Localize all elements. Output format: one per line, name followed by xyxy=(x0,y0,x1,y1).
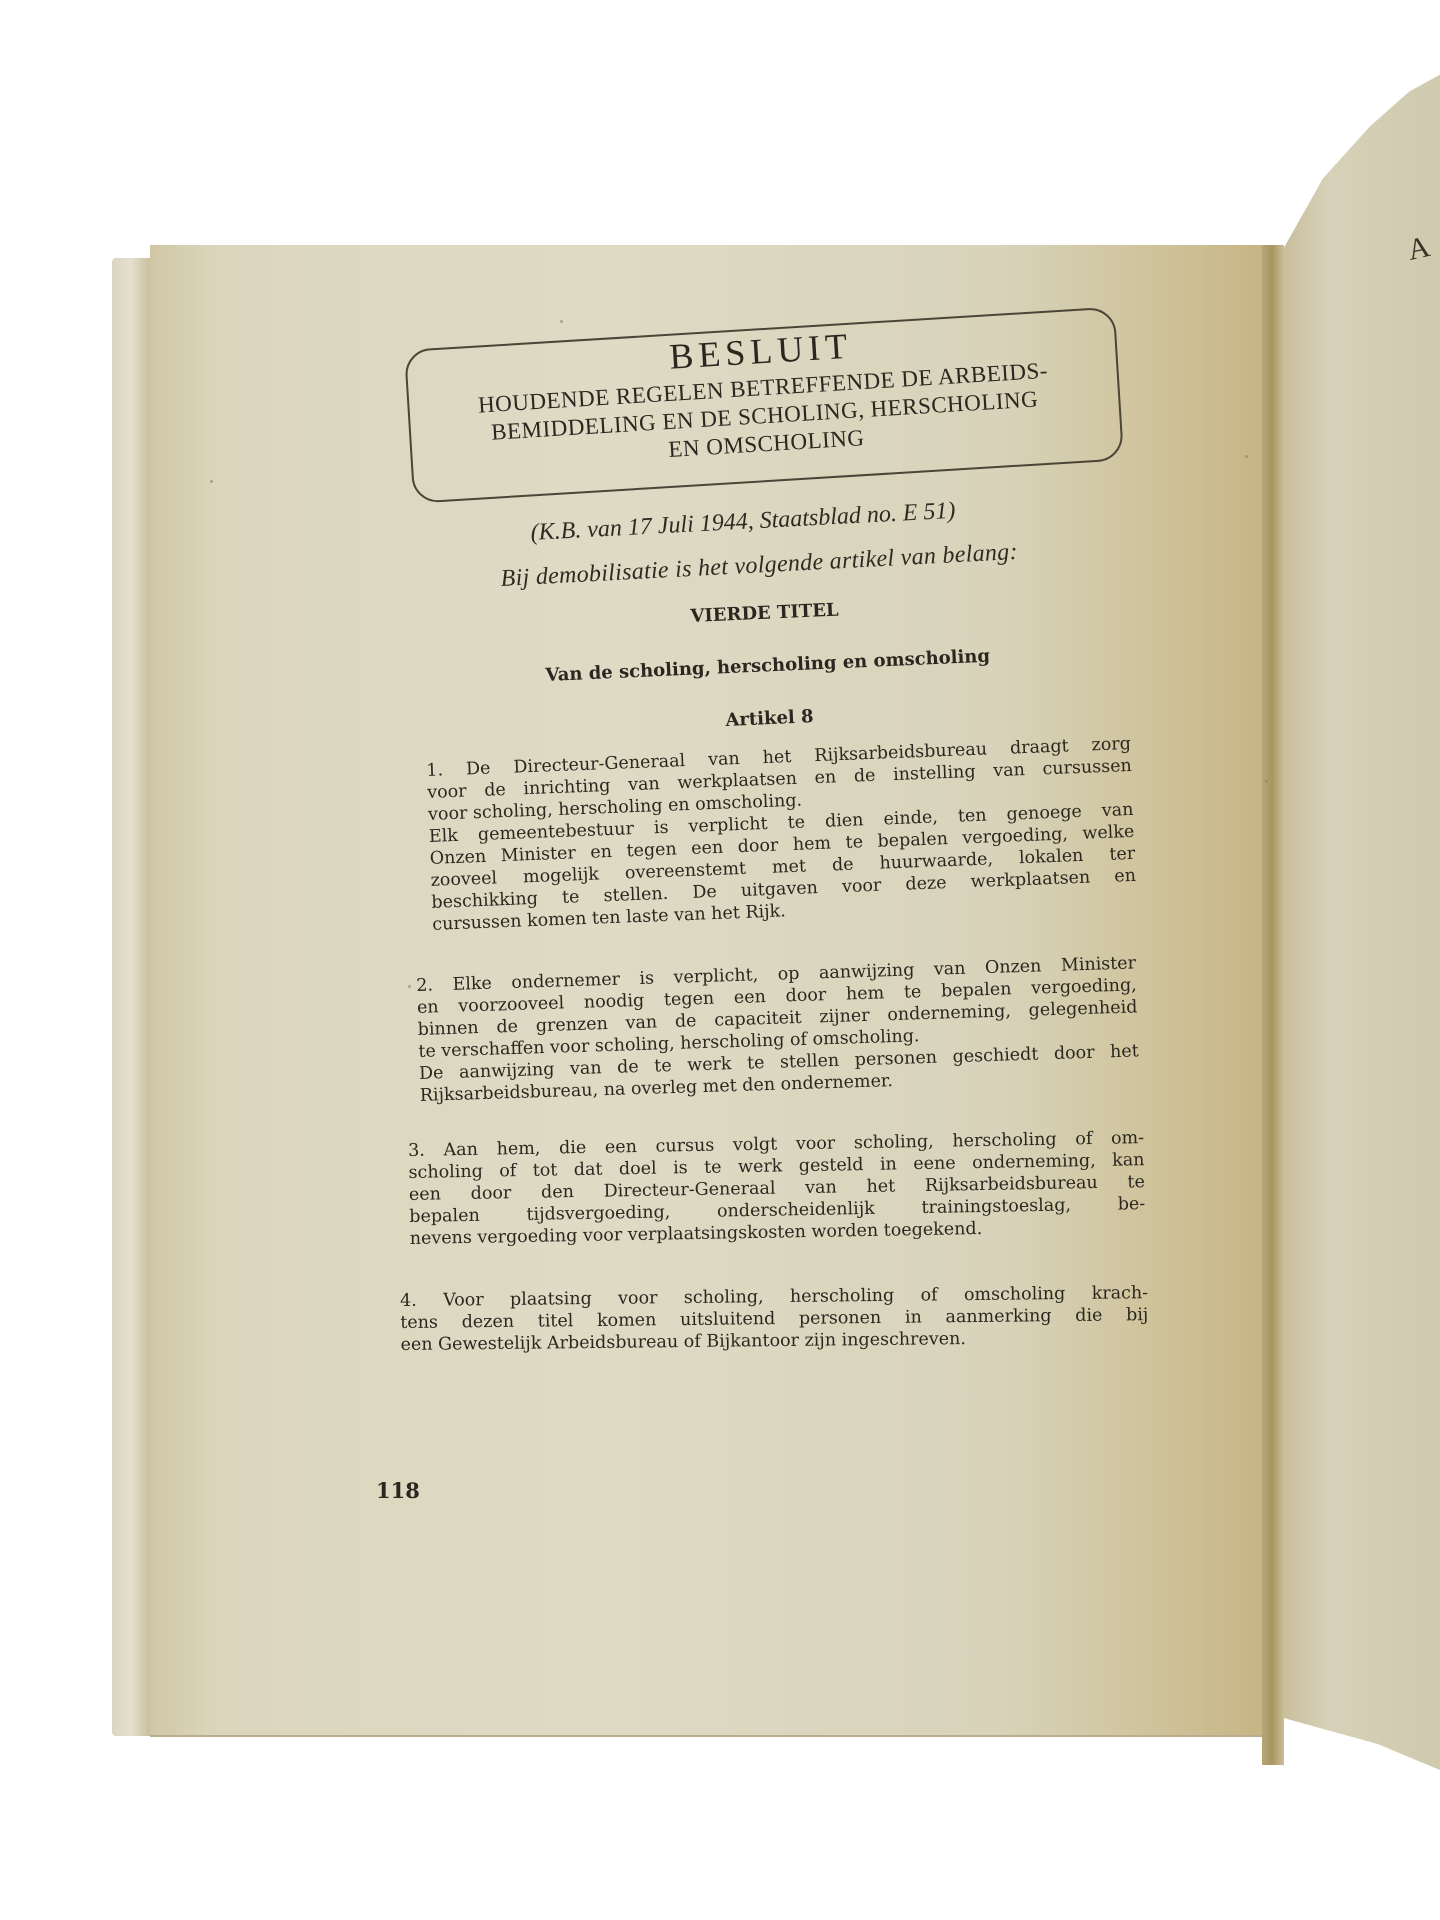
paper-speck xyxy=(1265,780,1268,783)
paper-speck xyxy=(210,480,213,483)
paragraph-4: 4. Voor plaatsing voor scholing, herscho… xyxy=(400,1282,1149,1356)
title-box: BESLUIT HOUDENDE REGELEN BETREFFENDE DE … xyxy=(404,307,1124,504)
intro-text: Bij demobilisatie is het volgende artike… xyxy=(500,539,1018,593)
citation: (K.B. van 17 Juli 1944, Staatsblad no. E… xyxy=(530,498,956,547)
page-number: 118 xyxy=(376,1478,420,1503)
paper-speck xyxy=(560,320,563,323)
section-title: VIERDE TITEL xyxy=(690,600,839,627)
section-subtitle: Van de scholing, herscholing en omscholi… xyxy=(545,646,990,686)
page-content: BESLUIT HOUDENDE REGELEN BETREFFENDE DE … xyxy=(0,0,1440,1920)
paper-speck xyxy=(1245,455,1248,458)
paragraph-1: 1. De Directeur-Generaal van het Rijksar… xyxy=(426,733,1137,936)
paper-speck xyxy=(408,985,411,988)
paragraph-2: 2. Elke ondernemer is verplicht, op aanw… xyxy=(416,952,1140,1107)
article-heading: Artikel 8 xyxy=(725,706,814,731)
paragraph-3: 3. Aan hem, die een cursus volgt voor sc… xyxy=(408,1127,1146,1250)
